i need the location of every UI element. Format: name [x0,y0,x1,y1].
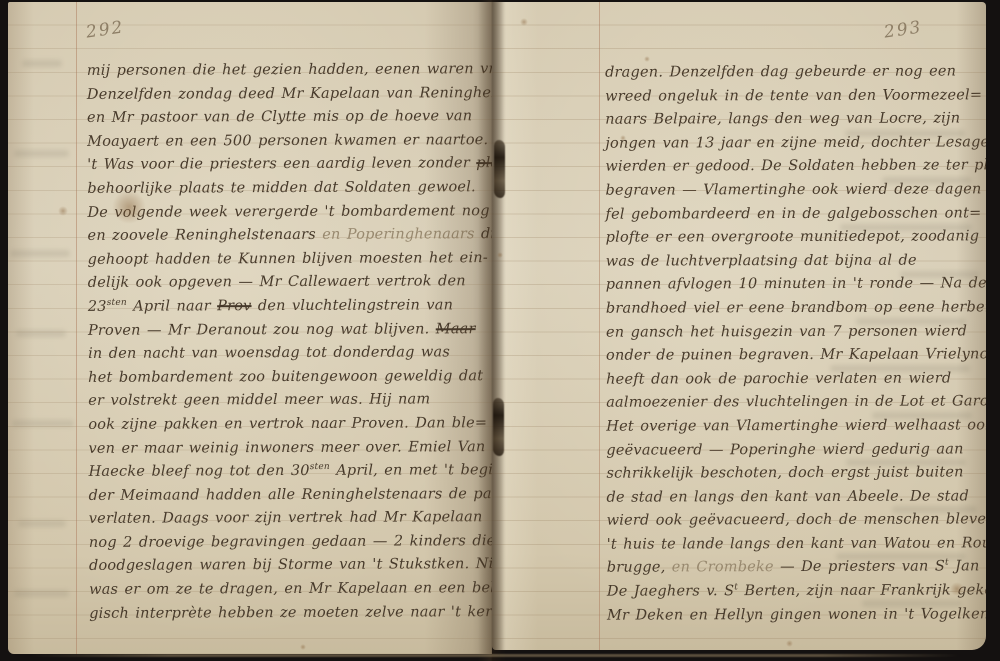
handwritten-line: heeft dan ook de parochie verlaten en wi… [606,367,978,392]
handwritten-line: De volgende week verergerde 't bombardem… [87,200,485,225]
handwritten-line: gisch interprète hebben ze moeten zelve … [89,601,487,626]
handwritten-line: pannen afvlogen 10 minuten in 't ronde —… [606,273,978,298]
page-left: 292 mij personen die het gezien hadden, … [8,2,492,654]
handwritten-line: Het overige van Vlamertinghe wierd welha… [606,414,978,439]
notebook-photo: 292 mij personen die het gezien hadden, … [0,0,1000,661]
handwritten-line: wreed ongeluk in de tente van den Voorme… [605,84,977,109]
handwritten-line: verlaten. Daags voor zijn vertrek had Mr… [89,506,487,531]
handwritten-line: begraven — Vlamertinghe ook wierd deze d… [605,178,977,203]
handwritten-line: schrikkelijk beschoten, doch ergst juist… [606,461,978,486]
handwritten-line: ook zijne pakken en vertrok naar Proven.… [88,412,486,437]
handwritten-line: 't huis te lande langs den kant van Wato… [607,532,979,557]
handwritten-line: het bombardement zoo buitengewoon geweld… [88,365,486,390]
handwritten-line: delijk ook opgeven — Mr Callewaert vertr… [88,270,486,295]
page-bottom-edge [30,654,960,657]
handwritten-line: 23sten April naar Prov den vluchtelingst… [88,294,486,319]
page-number-right: 293 [883,17,924,42]
handwritten-line: 't Was voor die priesters een aardig lev… [87,153,485,178]
handwritten-line: jongen van 13 jaar en zijne meid, dochte… [605,131,977,156]
margin-rule-right [599,2,600,650]
page-right: 293 dragen. Denzelfden dag gebeurde er n… [492,2,986,650]
handwritten-line: der Meimaand hadden alle Reninghelstenaa… [89,483,487,508]
handwritten-line: was er om ze te dragen, en Mr Kapelaan e… [89,577,487,602]
handwritten-line: fel gebombardeerd en in de galgebosschen… [606,202,978,227]
page-number-left: 292 [85,17,126,42]
handwritten-line: brugge, en Crombeke — De priesters van S… [607,556,979,581]
handwritten-line: De Jaeghers v. St Berten, zijn naar Fran… [607,579,979,604]
handwritten-line: Mr Deken en Hellyn gingen wonen in 't Vo… [607,603,979,628]
ink-blot [493,398,504,456]
handwritten-line: aalmoezenier des vluchtelingen in de Lot… [606,391,978,416]
handwritten-line: de stad en langs den kant van Abeele. De… [606,485,978,510]
ink-blot [494,140,505,198]
handwritten-line: dragen. Denzelfden dag gebeurde er nog e… [605,60,977,85]
handwritten-line: Haecke bleef nog tot den 30sten April, e… [89,459,487,484]
margin-rule-left [76,2,77,654]
left-page-text: mij personen die het gezien hadden, eene… [87,58,487,626]
handwritten-line: onder de puinen begraven. Mr Kapelaan Vr… [606,343,978,368]
handwritten-line: nog 2 droevige begravingen gedaan — 2 ki… [89,530,487,555]
handwritten-line: naars Belpaire, langs den weg van Locre,… [605,108,977,133]
handwritten-line: brandhoed viel er eene brandbom op eene … [606,296,978,321]
handwritten-line: ven er maar weinig inwoners meer over. E… [88,436,486,461]
handwritten-line: wierden er gedood. De Soldaten hebben ze… [605,155,977,180]
handwritten-line: gehoopt hadden te Kunnen blijven moesten… [88,247,486,272]
handwritten-line: mij personen die het gezien hadden, eene… [87,58,485,83]
handwritten-line: plofte er een overgroote munitiedepot, z… [606,226,978,251]
handwritten-line: wierd ook geëvacueerd, doch de menschen … [607,509,979,534]
handwritten-line: en Mr pastoor van de Clytte mis op de ho… [87,105,485,130]
handwritten-line: in den nacht van woensdag tot donderdag … [88,341,486,366]
handwritten-line: behoorlijke plaats te midden dat Soldate… [87,176,485,201]
handwritten-line: Moayaert en een 500 personen kwamen er n… [87,129,485,154]
handwritten-line: er volstrekt geen middel meer was. Hij n… [88,388,486,413]
handwritten-line: was de luchtverplaatsing dat bijna al de [606,249,978,274]
right-page-text: dragen. Denzelfden dag gebeurde er nog e… [605,60,979,628]
handwritten-line: en gansch het huisgezin van 7 personen w… [606,320,978,345]
handwritten-line: Denzelfden zondag deed Mr Kapelaan van R… [87,82,485,107]
handwritten-line: Proven — Mr Deranout zou nog wat blijven… [88,318,486,343]
handwritten-line: en zoovele Reninghelstenaars en Popering… [87,223,485,248]
handwritten-line: doodgeslagen waren bij Storme van 't Stu… [89,554,487,579]
handwritten-line: geëvacueerd — Poperinghe wierd gedurig a… [606,438,978,463]
